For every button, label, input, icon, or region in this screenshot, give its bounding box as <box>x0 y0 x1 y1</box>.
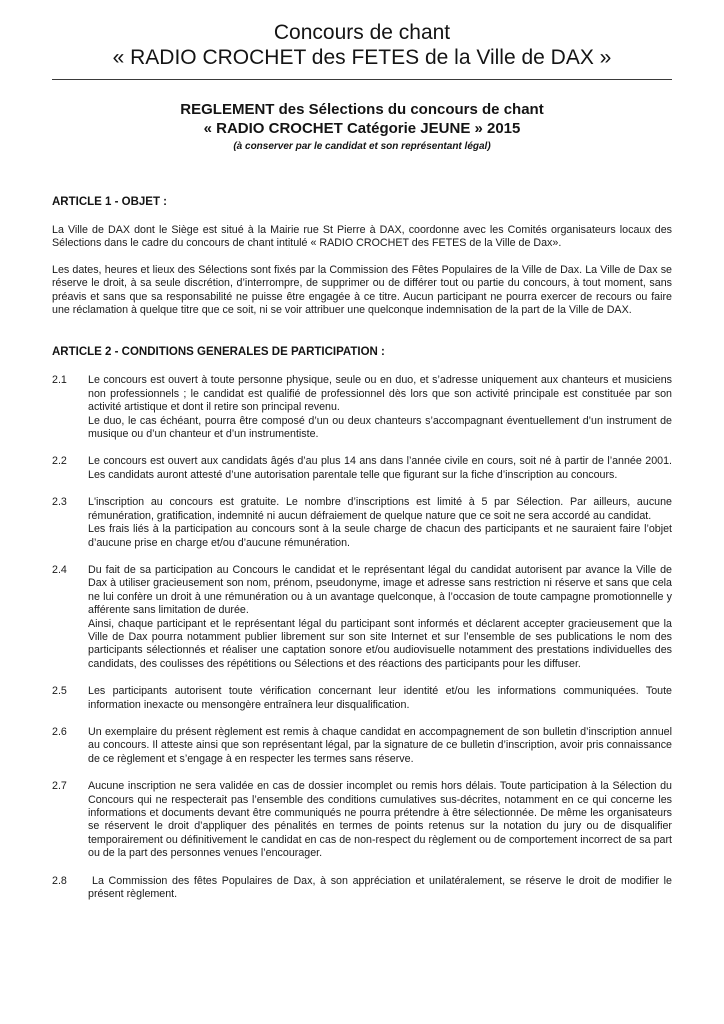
clause-item-2-6: 2.6 Un exemplaire du présent règlement e… <box>52 726 672 766</box>
clause-item-2-4: 2.4 Du fait de sa participation au Conco… <box>52 564 672 671</box>
clause-number: 2.1 <box>52 374 88 441</box>
clause-paragraph: L'inscription au concours est gratuite. … <box>88 496 672 523</box>
clause-item-2-7: 2.7 Aucune inscription ne sera validée e… <box>52 780 672 860</box>
clause-body: La Commission des fêtes Populaires de Da… <box>88 875 672 902</box>
clause-paragraph: Le duo, le cas échéant, pourra être comp… <box>88 415 672 442</box>
subtitle-line1: REGLEMENT des Sélections du concours de … <box>52 100 672 119</box>
clause-paragraph: Les frais liés à la participation au con… <box>88 523 672 550</box>
clause-paragraph: Du fait de sa participation au Concours … <box>88 564 672 618</box>
subtitle-line2: « RADIO CROCHET Catégorie JEUNE » 2015 <box>52 119 672 138</box>
clause-paragraph: Le concours est ouvert à toute personne … <box>88 374 672 414</box>
clause-paragraph: Les participants autorisent toute vérifi… <box>88 685 672 712</box>
clause-paragraph: Le concours est ouvert aux candidats âgé… <box>88 455 672 482</box>
article-2-heading: ARTICLE 2 - CONDITIONS GENERALES DE PART… <box>52 345 672 359</box>
subtitle-note: (à conserver par le candidat et son repr… <box>52 140 672 153</box>
clause-body: Du fait de sa participation au Concours … <box>88 564 672 671</box>
clause-body: Le concours est ouvert à toute personne … <box>88 374 672 441</box>
article-1-paragraph: Les dates, heures et lieux des Sélection… <box>52 264 672 318</box>
clause-number: 2.4 <box>52 564 88 671</box>
clause-number: 2.8 <box>52 875 88 902</box>
clause-number: 2.6 <box>52 726 88 766</box>
article-1-paragraph: La Ville de DAX dont le Siège est situé … <box>52 224 672 251</box>
clause-number: 2.7 <box>52 780 88 860</box>
clause-item-2-1: 2.1 Le concours est ouvert à toute perso… <box>52 374 672 441</box>
clause-body: L'inscription au concours est gratuite. … <box>88 496 672 550</box>
article-1-heading: ARTICLE 1 - OBJET : <box>52 195 672 209</box>
clause-body: Un exemplaire du présent règlement est r… <box>88 726 672 766</box>
clause-item-2-2: 2.2 Le concours est ouvert aux candidats… <box>52 455 672 482</box>
clause-paragraph: La Commission des fêtes Populaires de Da… <box>88 875 672 902</box>
document-title-line2: « RADIO CROCHET des FETES de la Ville de… <box>52 45 672 70</box>
regulation-document-page: Concours de chant « RADIO CROCHET des FE… <box>0 0 724 1024</box>
clause-body: Les participants autorisent toute vérifi… <box>88 685 672 712</box>
clause-paragraph: Ainsi, chaque participant et le représen… <box>88 618 672 672</box>
clause-item-2-3: 2.3 L'inscription au concours est gratui… <box>52 496 672 550</box>
article-1-section: ARTICLE 1 - OBJET : La Ville de DAX dont… <box>52 195 672 317</box>
clause-number: 2.2 <box>52 455 88 482</box>
clause-item-2-5: 2.5 Les participants autorisent toute vé… <box>52 685 672 712</box>
title-divider-rule <box>52 79 672 80</box>
clause-number: 2.5 <box>52 685 88 712</box>
clause-number: 2.3 <box>52 496 88 550</box>
subtitle-block: REGLEMENT des Sélections du concours de … <box>52 100 672 153</box>
clause-body: Le concours est ouvert aux candidats âgé… <box>88 455 672 482</box>
clause-body: Aucune inscription ne sera validée en ca… <box>88 780 672 860</box>
article-2-section: ARTICLE 2 - CONDITIONS GENERALES DE PART… <box>52 345 672 901</box>
document-title-line1: Concours de chant <box>52 20 672 45</box>
clause-paragraph: Aucune inscription ne sera validée en ca… <box>88 780 672 860</box>
clause-item-2-8: 2.8 La Commission des fêtes Populaires d… <box>52 875 672 902</box>
document-header: Concours de chant « RADIO CROCHET des FE… <box>52 20 672 153</box>
clause-paragraph: Un exemplaire du présent règlement est r… <box>88 726 672 766</box>
